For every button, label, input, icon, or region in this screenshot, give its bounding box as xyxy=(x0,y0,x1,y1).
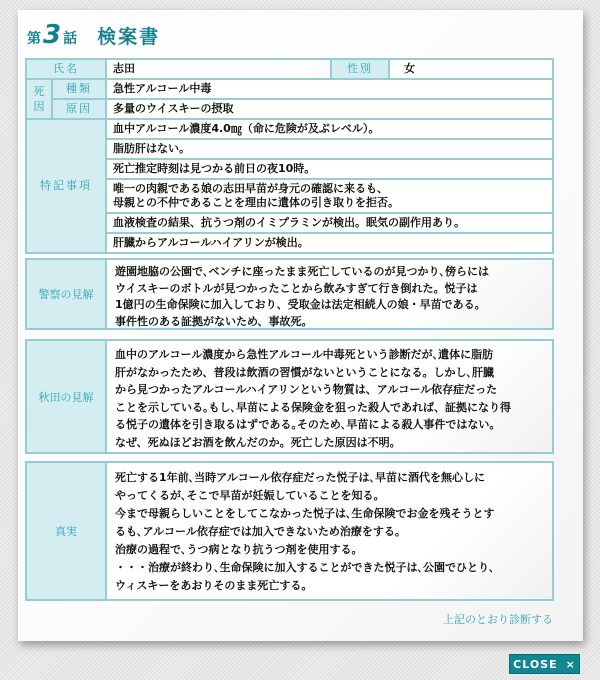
truth-label: 真実 xyxy=(27,463,107,599)
text-line: 血中のアルコール濃度から急性アルコール中毒死という診断だが､遺体に脂肪 xyxy=(115,346,544,364)
name-row: 氏名 志田 性別 女 xyxy=(26,59,553,79)
cause-reason-value: 多量のウイスキーの摂取 xyxy=(106,99,553,119)
episode-suffix: 話 xyxy=(63,30,77,48)
sex-value: 女 xyxy=(389,59,553,79)
text-line: 1億円の生命保険に加入しており、受取金は法定相続人の娘・早苗である。 xyxy=(115,297,544,314)
truth-section: 真実 死亡する1年前､当時アルコール依存症だった悦子は､早苗に酒代を無心しに や… xyxy=(25,461,554,601)
notes-label: 特記事項 xyxy=(26,119,106,253)
police-view-section: 警察の見解 遊園地脇の公園で､ベンチに座ったまま死亡しているのが見つかり､傍らに… xyxy=(25,258,554,330)
text-line: ことを示している｡もし､早苗による保険金を狙った殺人であれば、証拠になり得 xyxy=(115,399,544,417)
cause-type-row: 死因 種類 急性アルコール中毒 xyxy=(26,79,553,99)
note-item: 死亡推定時刻は見つかる前日の夜10時。 xyxy=(106,159,553,179)
close-label: CLOSE xyxy=(513,658,557,671)
text-line: 治療の過程で､うつ病となり抗うつ剤を使用する。 xyxy=(115,541,544,559)
akita-view-section: 秋田の見解 血中のアルコール濃度から急性アルコール中毒死という診断だが､遺体に脂… xyxy=(25,339,554,454)
text-line: なぜ、死ぬほどお酒を飲んだのか。死亡した原因は不明。 xyxy=(115,434,544,452)
sex-label: 性別 xyxy=(331,59,389,79)
cause-type-label: 種類 xyxy=(52,79,106,99)
diagnose-link[interactable]: 上記のとおり診断する xyxy=(443,611,553,627)
text-line: ウィスキーをあおりそのまま死亡する。 xyxy=(115,577,544,595)
close-icon: × xyxy=(566,658,576,671)
page-title: 第 3 話 検案書 xyxy=(27,18,160,48)
text-line: から見つかったアルコールハイアリンという物質は、アルコール依存症だった xyxy=(115,381,544,399)
note-item: 血液検査の結果、抗うつ剤のイミプラミンが検出。眠気の副作用あり。 xyxy=(106,213,553,233)
text-line: ・・・治療が終わり､生命保険に加入することができた悦子は､公園でひとり､ xyxy=(115,559,544,577)
name-label: 氏名 xyxy=(26,59,106,79)
text-line: 肝がなかったため、普段は飲酒の習慣がないということになる。しかし､肝臓 xyxy=(115,364,544,382)
note-item: 血中アルコール濃度4.0㎎（命に危険が及ぶレベル）。 xyxy=(106,119,553,139)
text-line: 死亡する1年前､当時アルコール依存症だった悦子は､早苗に酒代を無心しに xyxy=(115,469,544,487)
close-button[interactable]: CLOSE × xyxy=(509,654,580,674)
episode-prefix: 第 xyxy=(27,30,41,48)
akita-view-text: 血中のアルコール濃度から急性アルコール中毒死という診断だが､遺体に脂肪 肝がなか… xyxy=(107,341,552,452)
notes-row: 特記事項 血中アルコール濃度4.0㎎（命に危険が及ぶレベル）。 xyxy=(26,119,553,139)
autopsy-table: 氏名 志田 性別 女 死因 種類 急性アルコール中毒 原因 多量のウイスキーの摂… xyxy=(25,58,554,254)
truth-text: 死亡する1年前､当時アルコール依存症だった悦子は､早苗に酒代を無心しに やってく… xyxy=(107,463,552,599)
text-line: 今まで母親らしいことをしてこなかった悦子は､生命保険でお金を残そうとす xyxy=(115,505,544,523)
episode-number: 3 xyxy=(43,22,61,48)
text-line: 事件性のある証拠がないため、事故死。 xyxy=(115,314,544,331)
cause-reason-row: 原因 多量のウイスキーの摂取 xyxy=(26,99,553,119)
note-item: 肝臓からアルコールハイアリンが検出。 xyxy=(106,233,553,253)
name-value: 志田 xyxy=(106,59,331,79)
text-line: るも､アルコール依存症では加入できないため治療をする。 xyxy=(115,523,544,541)
cause-reason-label: 原因 xyxy=(52,99,106,119)
note-item: 唯一の肉親である娘の志田早苗が身元の確認に来るも、 母親との不仲であることを理由… xyxy=(106,179,553,213)
document-title: 検案書 xyxy=(97,26,160,48)
police-view-text: 遊園地脇の公園で､ベンチに座ったまま死亡しているのが見つかり､傍らには ウイスキ… xyxy=(107,260,552,328)
text-line: ウイスキーのボトルが見つかったことから飲みすぎて行き倒れた。悦子は xyxy=(115,281,544,298)
text-line: 遊園地脇の公園で､ベンチに座ったまま死亡しているのが見つかり､傍らには xyxy=(115,264,544,281)
note-item: 脂肪肝はない。 xyxy=(106,139,553,159)
cause-group-label: 死因 xyxy=(26,79,52,119)
police-view-label: 警察の見解 xyxy=(27,260,107,328)
text-line: る悦子の遺体を引き取るはずである｡そのため､早苗による殺人事件ではない。 xyxy=(115,416,544,434)
cause-type-value: 急性アルコール中毒 xyxy=(106,79,553,99)
akita-view-label: 秋田の見解 xyxy=(27,341,107,452)
text-line: やってくるが､そこで早苗が妊娠していることを知る。 xyxy=(115,487,544,505)
